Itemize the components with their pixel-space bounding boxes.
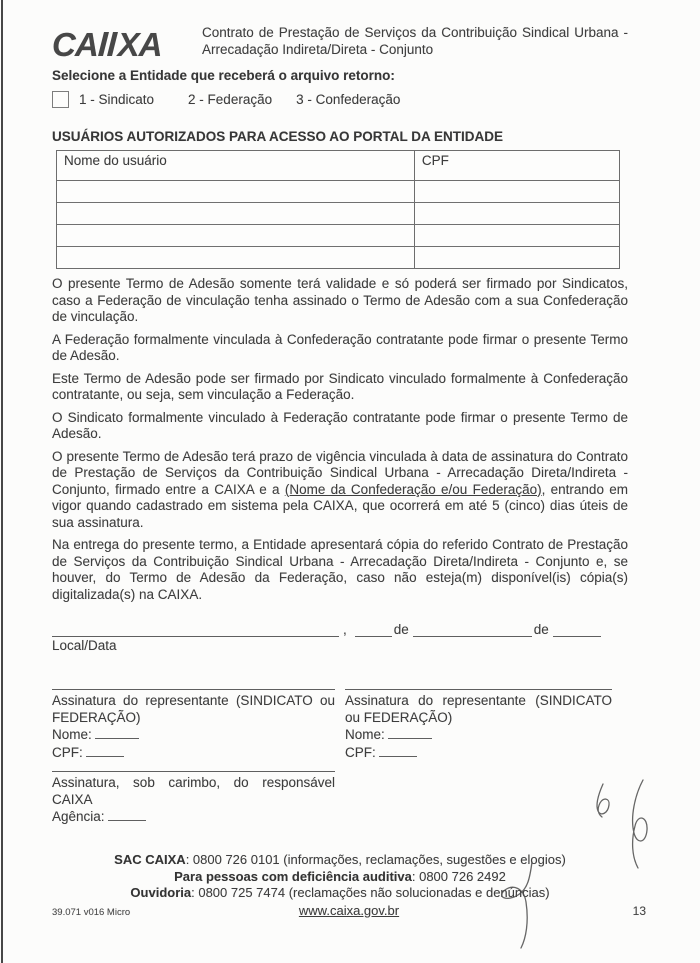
users-table: Nome do usuário CPF [56,150,620,269]
footer-bottom-row: 39.071 v016 Micro www.caixa.gov.br 13 [52,903,628,918]
sac-line: SAC CAIXA: 0800 726 0101 (informações, r… [52,852,628,869]
ouvidoria-label: Ouvidoria [130,885,191,900]
signature-right-cpf: CPF: [345,744,612,762]
cell-cpf[interactable] [414,247,619,268]
table-row [57,225,619,247]
scanned-form-page: CAXA Contrato de Prestação de Serviços d… [0,0,700,963]
cpf-blank[interactable] [379,744,417,757]
name-label: Nome: [52,727,92,742]
form-header: CAXA Contrato de Prestação de Serviços d… [52,20,628,64]
local-data-label: Local/Data [52,638,628,653]
cell-cpf[interactable] [414,181,619,202]
caixa-logo-wordmark: CAXA [52,26,162,63]
deaf-text: : 0800 726 2492 [412,869,506,884]
form-code: 39.071 v016 Micro [52,907,202,918]
local-data-row: , de de [52,619,628,637]
signature-right-name: Nome: [345,726,612,744]
document-title: Contrato de Prestação de Serviços da Con… [202,20,628,64]
option-federacao: 2 - Federação [188,92,272,107]
table-row [57,203,619,225]
signature-caixa-agency: Agência: [52,808,335,826]
signature-left-cpf: CPF: [52,744,335,762]
entity-select-options: 1 - Sindicato 2 - Federação 3 - Confeder… [52,89,628,109]
entity-checkbox[interactable] [52,91,69,108]
caixa-url-link[interactable]: www.caixa.gov.br [202,903,496,918]
local-comma: , [343,622,347,637]
cpf-label: CPF: [345,745,376,760]
users-table-body [57,181,619,268]
de-word-2: de [534,622,549,637]
signature-line-right[interactable] [345,689,612,690]
name-blank[interactable] [95,726,139,739]
day-blank[interactable] [355,622,392,637]
table-row [57,181,619,203]
caixa-logo: CAXA [52,20,202,64]
year-blank[interactable] [553,622,601,637]
local-blank[interactable] [52,622,339,637]
deaf-line: Para pessoas com deficiência auditiva: 0… [52,869,628,886]
signature-left-name: Nome: [52,726,335,744]
users-table-heading: USUÁRIOS AUTORIZADOS PARA ACESSO AO PORT… [52,129,628,144]
signatures-row: Assinatura do representante (SINDICATO o… [52,689,628,762]
cell-cpf[interactable] [414,203,619,224]
page-number: 13 [496,904,646,918]
paragraph-sindicato-confederacao: Este Termo de Adesão pode ser firmado po… [52,371,628,404]
agency-label: Agência: [52,809,105,824]
paragraph-entrega: Na entrega do presente termo, a Entidade… [52,537,628,603]
caixa-logo-text-ca: CA [52,26,98,63]
cpf-label: CPF: [52,745,83,760]
caixa-logo-text-xa: XA [118,26,162,63]
caixa-logo-i-bar-icon [107,32,118,56]
signature-left: Assinatura do representante (SINDICATO o… [52,689,335,762]
deaf-label: Para pessoas com deficiência auditiva [174,869,412,884]
cell-nome-usuario[interactable] [57,225,414,246]
entity-select-label: Selecione a Entidade que receberá o arqu… [52,68,628,83]
ouvidoria-text: : 0800 725 7474 (reclamações não solucio… [191,885,549,900]
signature-right: Assinatura do representante (SINDICATO o… [345,689,612,762]
option-confederacao: 3 - Confederação [296,92,400,107]
paragraph-sindicato-federacao: O Sindicato formalmente vinculado à Fede… [52,410,628,443]
signature-caixa: Assinatura, sob carimbo, do responsável … [52,771,335,826]
vigencia-underlined-entity-name: (Nome da Confederação e/ou Federação) [285,482,542,497]
table-header-nome: Nome do usuário [57,151,414,180]
table-row [57,247,619,268]
name-label: Nome: [345,727,385,742]
signature-line-left[interactable] [52,689,335,690]
month-blank[interactable] [413,622,532,637]
sac-text: : 0800 726 0101 (informações, reclamaçõe… [186,852,566,867]
cpf-blank[interactable] [86,744,124,757]
table-header-cpf: CPF [414,151,619,180]
option-sindicato: 1 - Sindicato [79,92,154,107]
paragraph-validity: O presente Termo de Adesão somente terá … [52,276,628,326]
footer-contacts: SAC CAIXA: 0800 726 0101 (informações, r… [52,852,628,902]
cell-nome-usuario[interactable] [57,247,414,268]
signature-left-caption: Assinatura do representante (SINDICATO o… [52,693,335,726]
cell-nome-usuario[interactable] [57,181,414,202]
sac-label: SAC CAIXA [114,852,186,867]
name-blank[interactable] [388,726,432,739]
cell-cpf[interactable] [414,225,619,246]
signature-line-caixa[interactable] [52,771,335,772]
paragraph-federacao: A Federação formalmente vinculada à Conf… [52,332,628,365]
ouvidoria-line: Ouvidoria: 0800 725 7474 (reclamações nã… [52,885,628,902]
agency-blank[interactable] [108,808,146,821]
pen-stroke-tall-loop [633,780,647,868]
scan-edge-artifact [1,0,3,963]
users-table-header-row: Nome do usuário CPF [57,151,619,181]
signature-caixa-caption: Assinatura, sob carimbo, do responsável … [52,775,335,808]
signature-right-caption: Assinatura do representante (SINDICATO o… [345,693,612,726]
de-word-1: de [394,622,409,637]
paragraph-vigencia: O presente Termo de Adesão terá prazo de… [52,449,628,532]
cell-nome-usuario[interactable] [57,203,414,224]
